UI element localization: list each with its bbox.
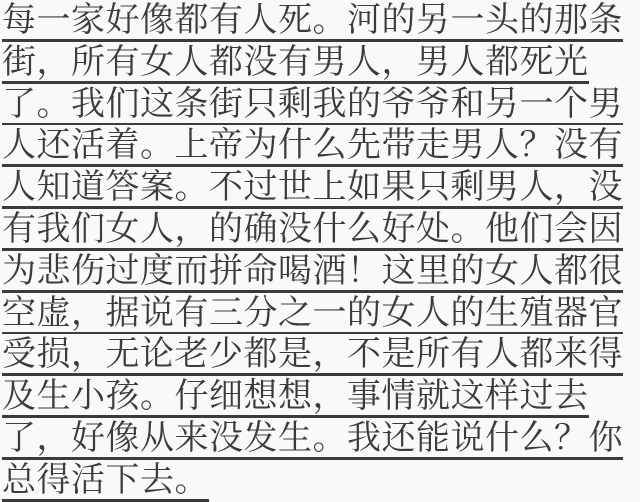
underlined-text: 受损，无论老少都是，不是所有人都来得 <box>2 336 623 376</box>
underlined-text: 了。我们这条街只剩我的爷爷和另一个男 <box>2 86 623 126</box>
underlined-text: 人知道答案。不过世上如果只剩男人，没 <box>2 169 623 209</box>
underlined-text: 及生小孩。仔细想想，事情就这样过去 <box>2 378 589 418</box>
text-line: 人还活着。上帝为什么先带走男人？没有 <box>2 125 640 167</box>
text-line: 受损，无论老少都是，不是所有人都来得 <box>2 334 640 376</box>
text-line: 总得活下去。 <box>2 460 640 502</box>
text-line: 每一家好像都有人死。河的另一头的那条 <box>2 0 640 42</box>
text-line: 有我们女人，的确没什么好处。他们会因 <box>2 209 640 251</box>
text-line: 了。我们这条街只剩我的爷爷和另一个男 <box>2 84 640 126</box>
article-page: 每一家好像都有人死。河的另一头的那条 街，所有女人都没有男人，男人都死光 了。我… <box>0 0 640 502</box>
text-line: 空虚，据说有三分之一的女人的生殖器官 <box>2 293 640 335</box>
underlined-text: 为悲伤过度而拼命喝酒！这里的女人都很 <box>2 253 623 293</box>
underlined-text: 人还活着。上帝为什么先带走男人？没有 <box>2 127 623 167</box>
text-line: 人知道答案。不过世上如果只剩男人，没 <box>2 167 640 209</box>
underlined-text: 了，好像从来没发生。我还能说什么？你 <box>2 420 623 460</box>
text-line: 为悲伤过度而拼命喝酒！这里的女人都很 <box>2 251 640 293</box>
text-line: 了，好像从来没发生。我还能说什么？你 <box>2 418 640 460</box>
text-line: 及生小孩。仔细想想，事情就这样过去 <box>2 376 640 418</box>
underlined-text: 街，所有女人都没有男人，男人都死光 <box>2 44 589 84</box>
text-line: 街，所有女人都没有男人，男人都死光 <box>2 42 640 84</box>
underlined-text: 空虚，据说有三分之一的女人的生殖器官 <box>2 295 623 335</box>
underlined-text: 总得活下去。 <box>2 462 209 502</box>
underlined-text: 有我们女人，的确没什么好处。他们会因 <box>2 211 623 251</box>
underlined-text: 每一家好像都有人死。河的另一头的那条 <box>2 2 623 42</box>
